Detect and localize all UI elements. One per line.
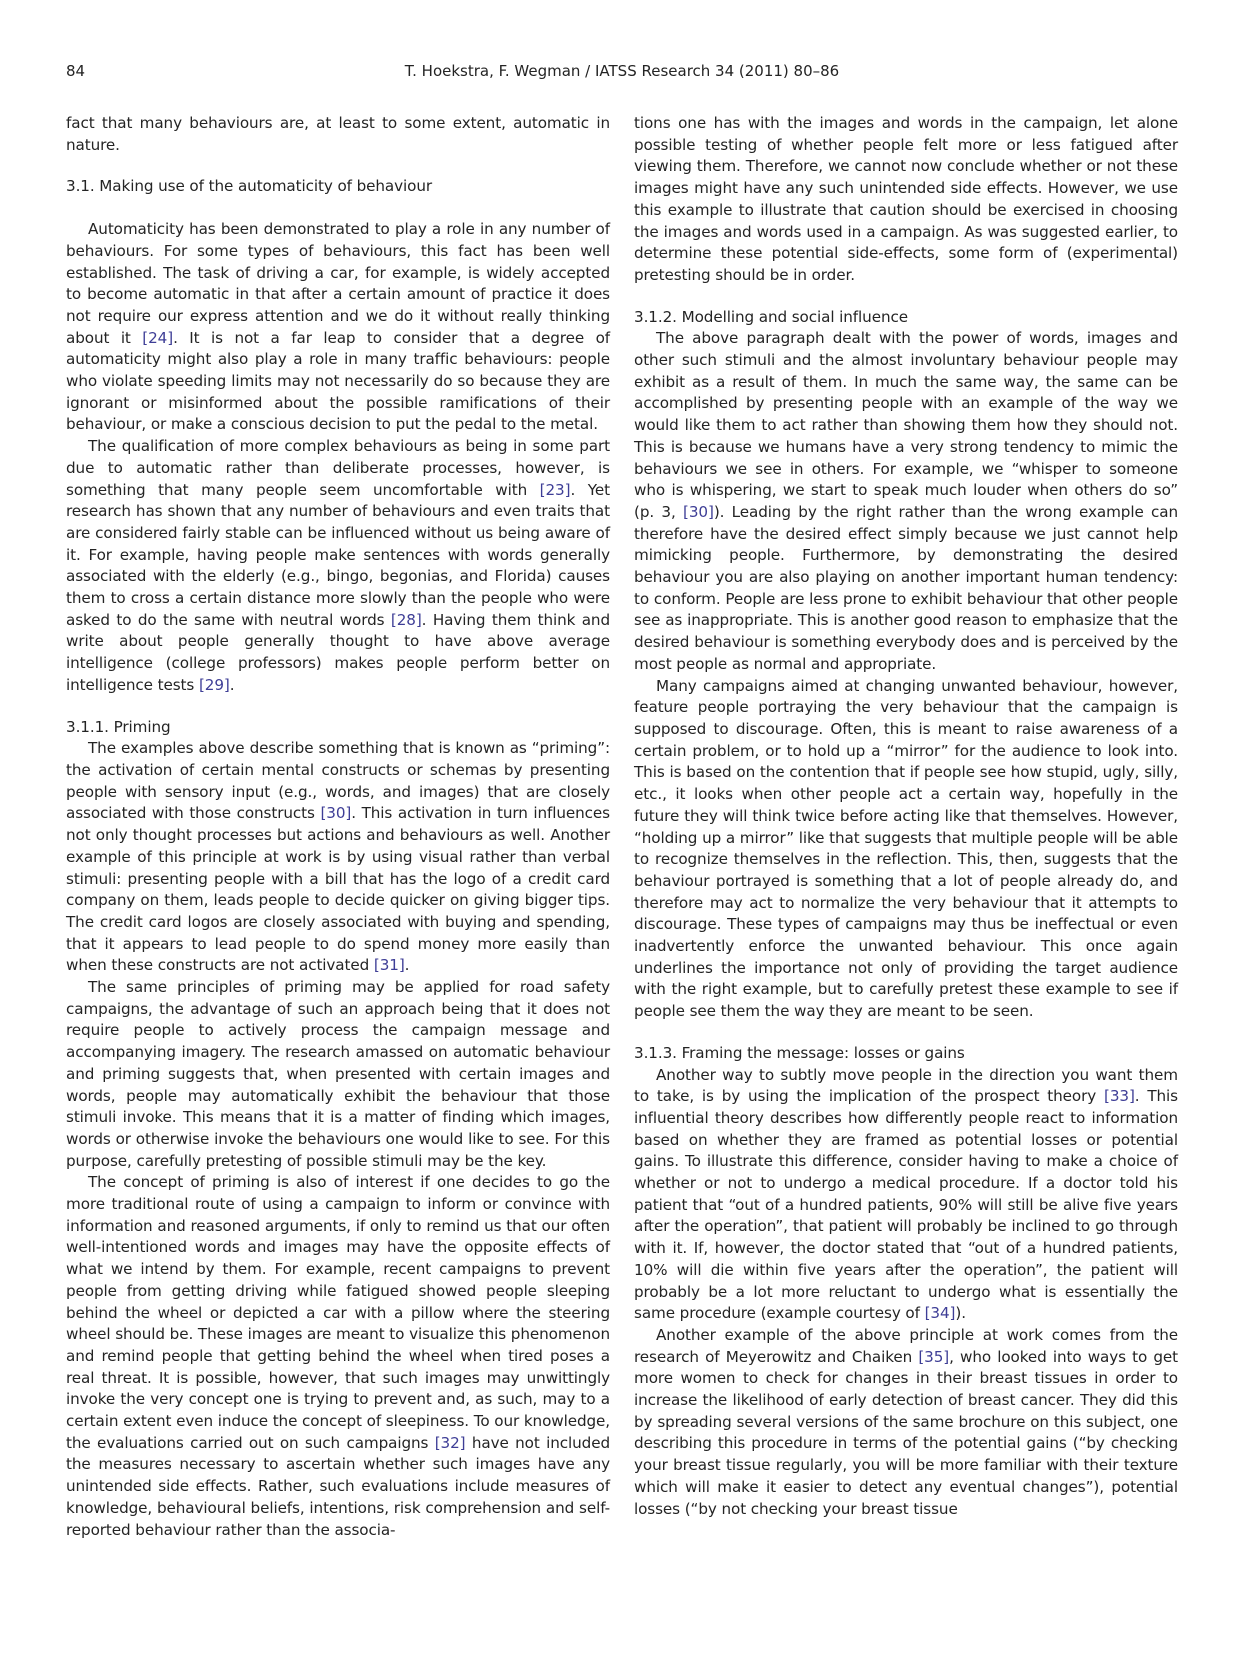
running-head: T. Hoekstra, F. Wegman / IATSS Research … — [66, 62, 1178, 80]
citation-link[interactable]: [30] — [683, 503, 714, 521]
citation-link[interactable]: [28] — [391, 611, 422, 629]
citation-link[interactable]: [32] — [435, 1434, 466, 1452]
left-column: fact that many behaviours are, at least … — [66, 113, 610, 1541]
paragraph: Many campaigns aimed at changing unwante… — [634, 676, 1178, 1023]
section-heading: 3.1.1. Priming — [66, 717, 610, 739]
paragraph: Another example of the above principle a… — [634, 1325, 1178, 1520]
paragraph: The examples above describe something th… — [66, 738, 610, 977]
paragraph: Another way to subtly move people in the… — [634, 1065, 1178, 1325]
paragraph: tions one has with the images and words … — [634, 113, 1178, 287]
paragraph: The qualification of more complex behavi… — [66, 436, 610, 696]
page-number: 84 — [66, 62, 85, 80]
citation-link[interactable]: [35] — [918, 1348, 949, 1366]
section-heading: 3.1. Making use of the automaticity of b… — [66, 176, 610, 198]
citation-link[interactable]: [34] — [925, 1304, 956, 1322]
citation-link[interactable]: [29] — [199, 676, 230, 694]
paragraph: The concept of priming is also of intere… — [66, 1172, 610, 1541]
paragraph: The same principles of priming may be ap… — [66, 977, 610, 1172]
right-column: tions one has with the images and words … — [634, 113, 1178, 1541]
citation-link[interactable]: [33] — [1104, 1087, 1135, 1105]
section-heading: 3.1.3. Framing the message: losses or ga… — [634, 1043, 1178, 1065]
citation-link[interactable]: [30] — [320, 804, 351, 822]
section-heading: 3.1.2. Modelling and social influence — [634, 307, 1178, 329]
paragraph: Automaticity has been demonstrated to pl… — [66, 219, 610, 436]
paragraph: fact that many behaviours are, at least … — [66, 113, 610, 156]
citation-link[interactable]: [23] — [540, 481, 571, 499]
paper-page: 84 T. Hoekstra, F. Wegman / IATSS Resear… — [0, 0, 1241, 1654]
citation-link[interactable]: [24] — [142, 329, 173, 347]
page-header: 84 T. Hoekstra, F. Wegman / IATSS Resear… — [66, 62, 1178, 84]
citation-link[interactable]: [31] — [374, 956, 405, 974]
paragraph: The above paragraph dealt with the power… — [634, 328, 1178, 675]
text-columns: fact that many behaviours are, at least … — [66, 113, 1178, 1541]
